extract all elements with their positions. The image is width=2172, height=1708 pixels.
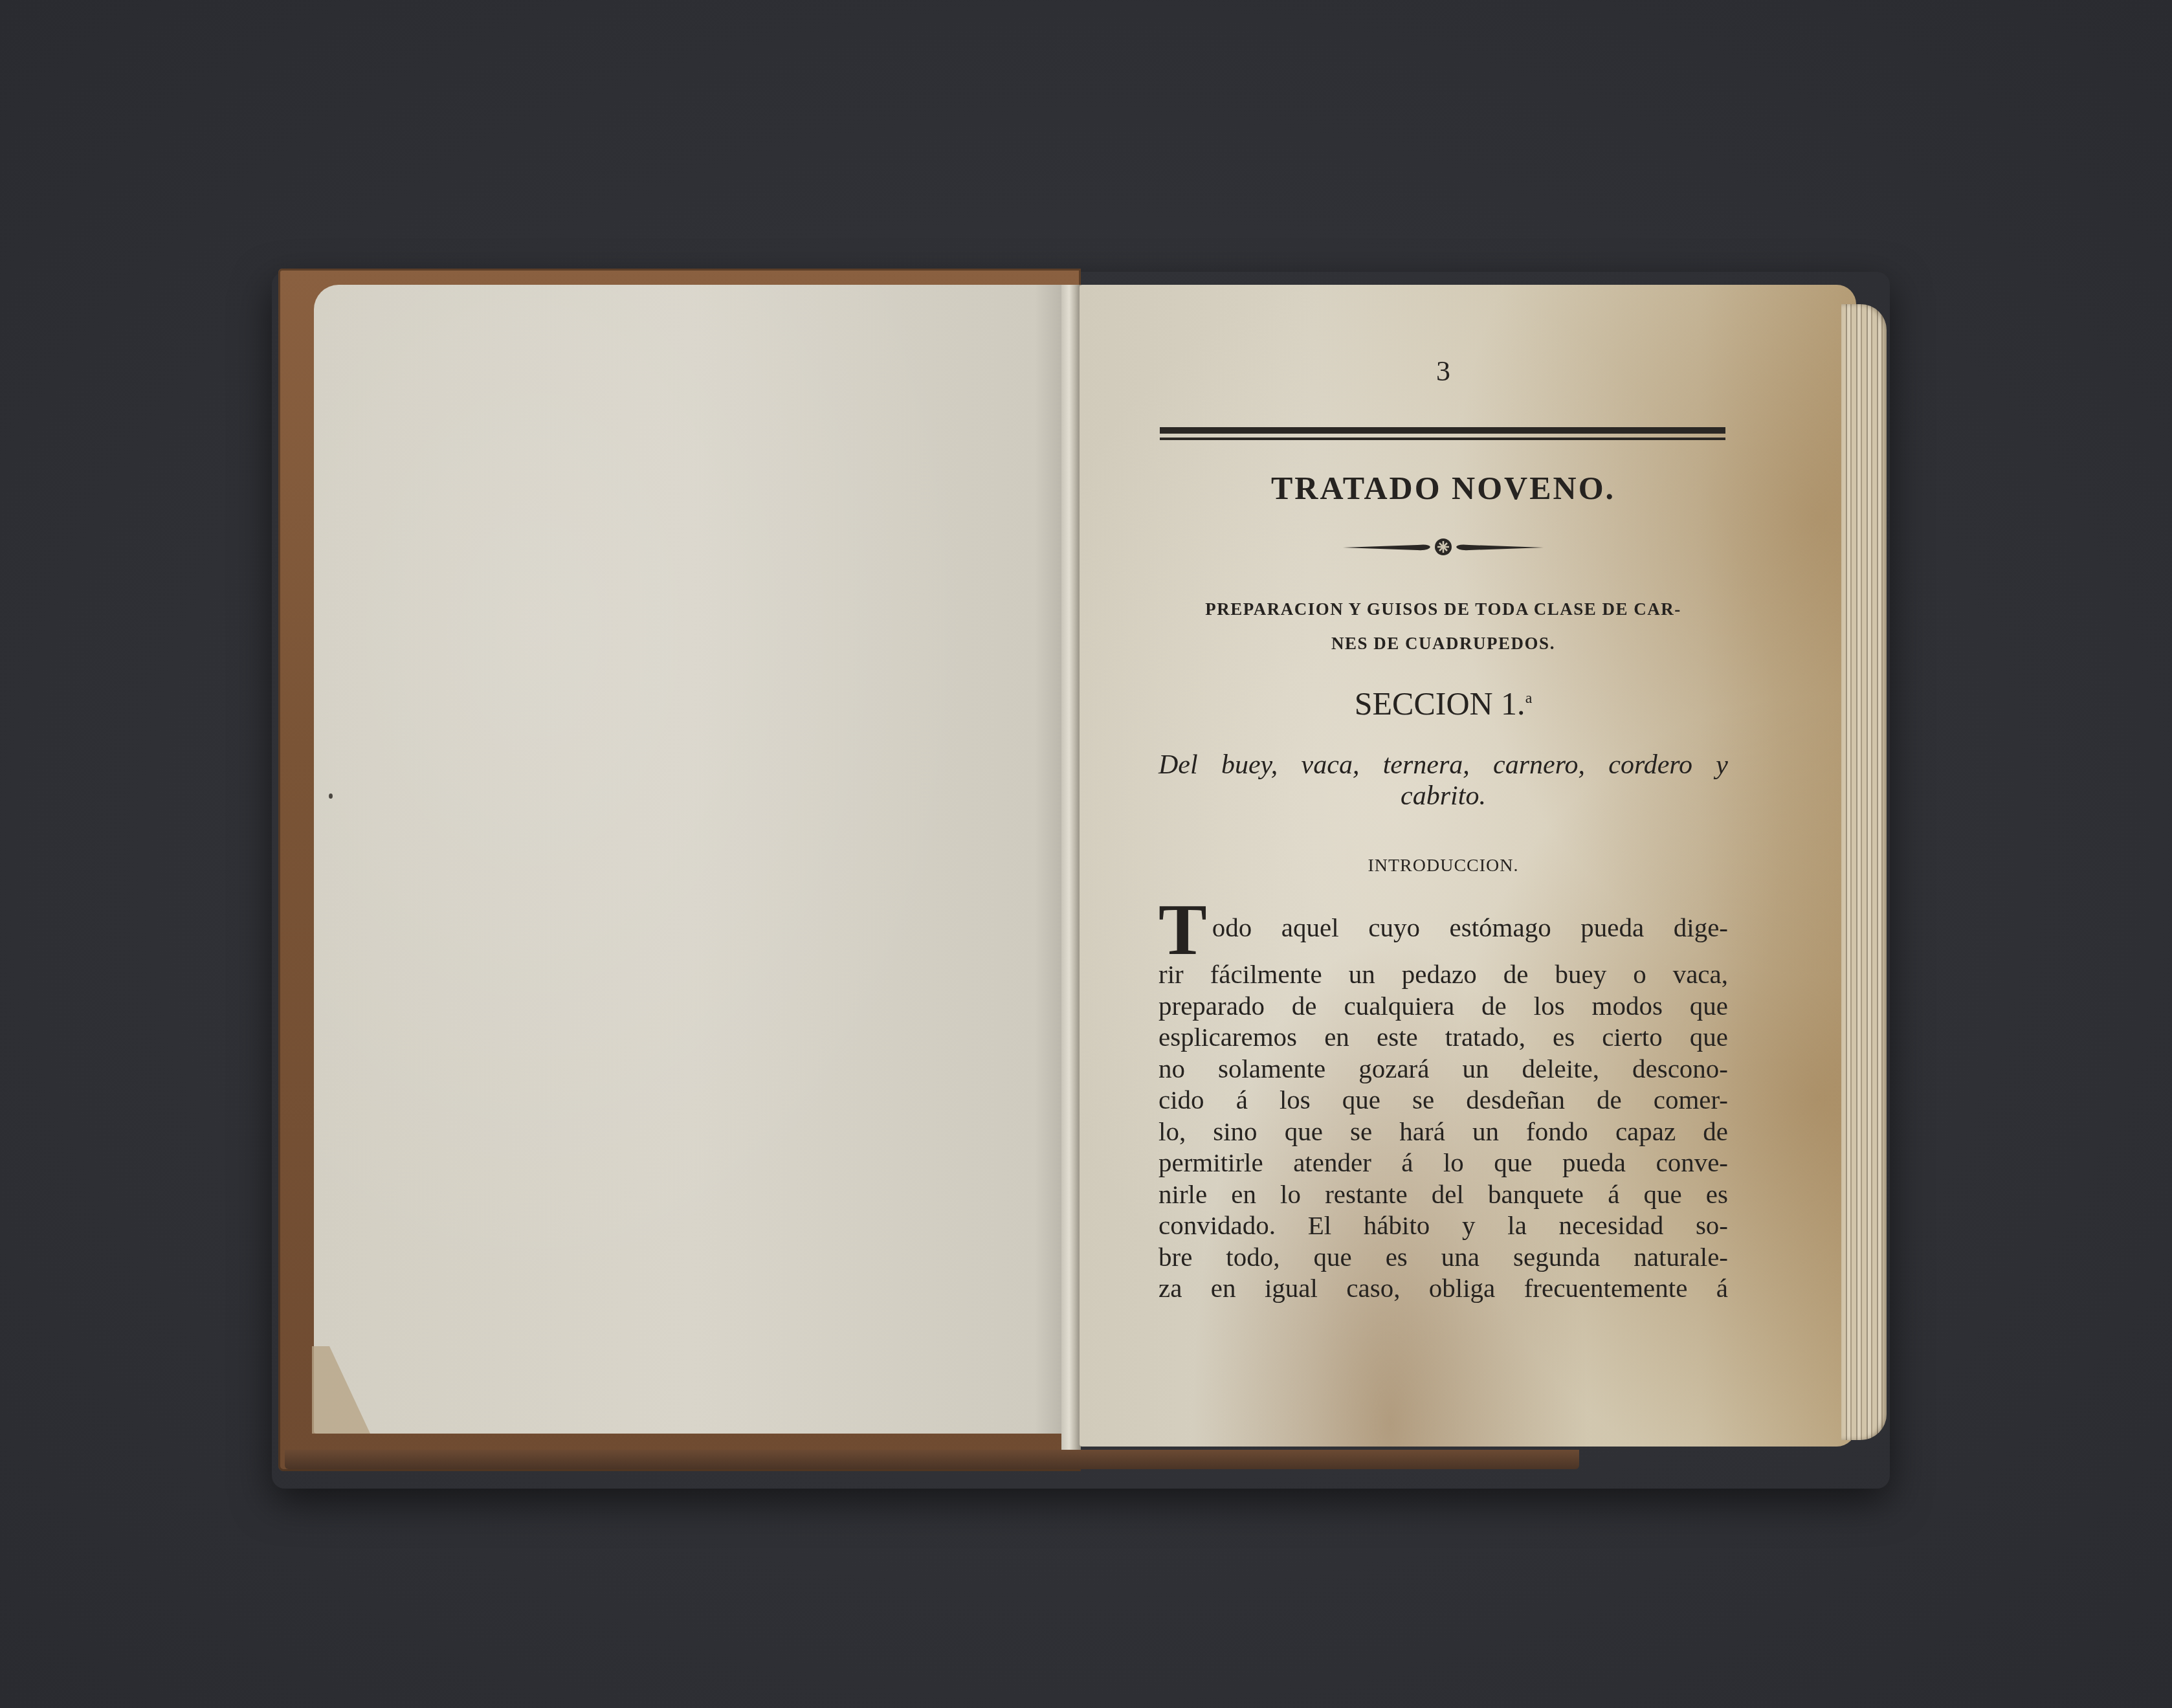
treatise-title: TRATADO NOVENO. <box>1152 469 1734 507</box>
body-line: odo aquel cuyo estómago pueda dige- <box>1158 912 1728 944</box>
left-blank-flyleaf <box>314 285 1065 1434</box>
body-line: no solamente gozará un deleite, descono- <box>1158 1053 1728 1085</box>
treatise-subtitle: PREPARACION Y GUISOS DE TODA CLASE DE CA… <box>1152 592 1734 661</box>
body-line: cido á los que se desdeñan de comer- <box>1158 1084 1728 1116</box>
double-rule-divider <box>1160 427 1725 440</box>
description-line: cabrito. <box>1158 781 1728 812</box>
section-description: Del buey, vaca, ternera, carnero, corder… <box>1158 749 1728 812</box>
section-label: SECCION 1. <box>1355 685 1525 722</box>
subtitle-line: PREPARACION Y GUISOS DE TODA CLASE DE CA… <box>1152 592 1734 627</box>
section-ordinal: a <box>1525 690 1533 707</box>
subtitle-line: NES DE CUADRUPEDOS. <box>1152 627 1734 661</box>
page-number: 3 <box>1411 355 1476 388</box>
page-edge-stack <box>1841 304 1887 1440</box>
body-line: preparado de cualquiera de los modos que <box>1158 990 1728 1022</box>
description-line: Del buey, vaca, ternera, carnero, corder… <box>1158 749 1728 781</box>
spine-gutter <box>1061 285 1081 1450</box>
paper-spot <box>329 793 333 799</box>
drop-cap: T <box>1158 902 1207 959</box>
body-line: permitirle atender á lo que pueda conve- <box>1158 1147 1728 1179</box>
section-heading: SECCION 1.a <box>1152 685 1734 722</box>
open-book: 3 TRATADO NOVENO. PREPARACION Y GUISOS D… <box>0 0 2172 1708</box>
body-line: convidado. El hábito y la necesidad so- <box>1158 1210 1728 1241</box>
body-line: nirle en lo restante del banquete á que … <box>1158 1179 1728 1210</box>
cover-bottom-edge <box>285 1450 1579 1469</box>
body-paragraph: T odo aquel cuyo estómago pueda dige- ri… <box>1158 896 1728 1304</box>
body-line: lo, sino que se hará un fondo capaz de <box>1158 1116 1728 1148</box>
introduction-heading: INTRODUCCION. <box>1152 856 1734 876</box>
body-line: rir fácilmente un pedazo de buey o vaca, <box>1158 959 1728 990</box>
body-line: esplicaremos en este tratado, es cierto … <box>1158 1021 1728 1053</box>
body-line: za en igual caso, obliga frecuentemente … <box>1158 1272 1728 1304</box>
body-line: bre todo, que es una segunda naturale- <box>1158 1241 1728 1273</box>
fleuron-ornament-icon <box>1340 537 1547 557</box>
